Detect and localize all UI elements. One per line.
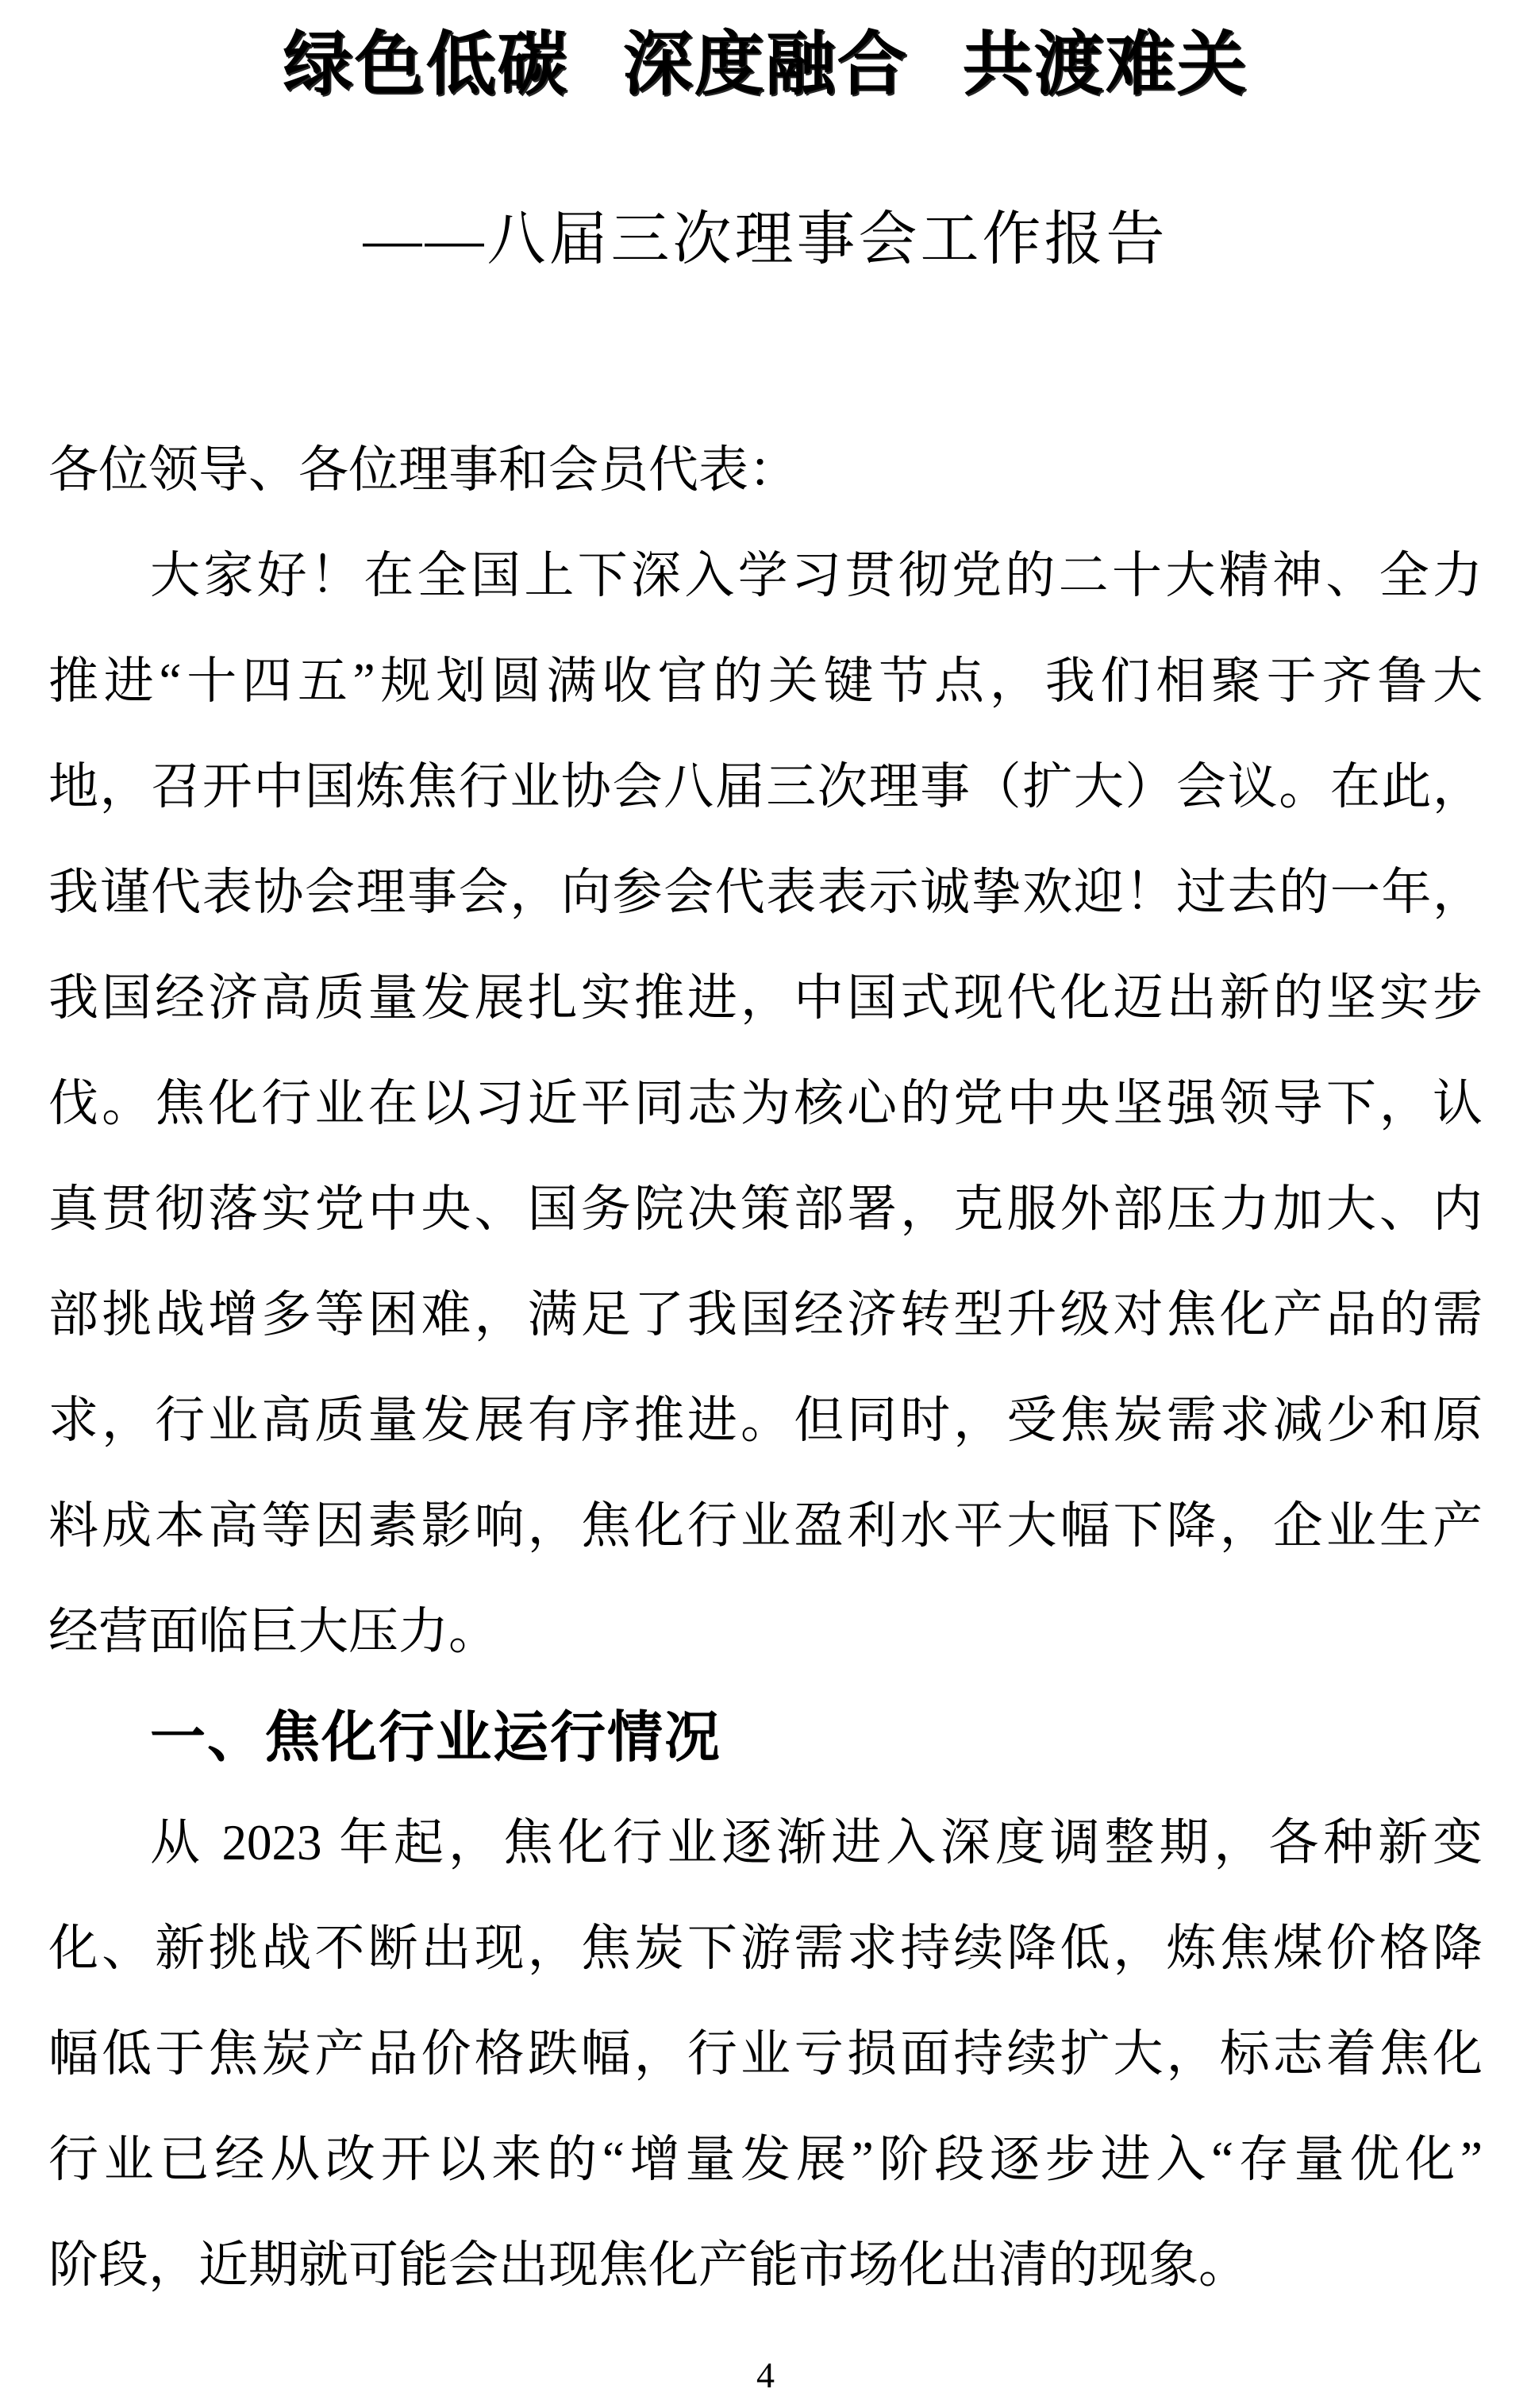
paragraph-line: 从 2023 年起，焦化行业逐渐进入深度调整期，各种新变 — [48, 1790, 1483, 1896]
paragraph-line: 化、新挑战不断出现，焦炭下游需求持续降低，炼焦煤价格降 — [48, 1896, 1483, 2002]
document-subtitle: ——八届三次理事会工作报告 — [0, 197, 1531, 283]
paragraph-line: 地，召开中国炼焦行业协会八届三次理事（扩大）会议。在此， — [48, 734, 1483, 840]
paragraph-line: 求，行业高质量发展有序推进。但同时，受焦炭需求减少和原 — [48, 1368, 1483, 1474]
paragraph-line: 伐。焦化行业在以习近平同志为核心的党中央坚强领导下，认 — [48, 1051, 1483, 1157]
document-body: 各位领导、各位理事和会员代表： 大家好！在全国上下深入学习贯彻党的二十大精神、全… — [48, 418, 1483, 2318]
paragraph-line: 阶段，近期就可能会出现焦化产能市场化出清的现象。 — [48, 2213, 1483, 2318]
paragraph-line: 行业已经从改开以来的“增量发展”阶段逐步进入“存量优化” — [48, 2107, 1483, 2213]
paragraph-line: 幅低于焦炭产品价格跌幅，行业亏损面持续扩大，标志着焦化 — [48, 2002, 1483, 2107]
paragraph-line: 料成本高等因素影响，焦化行业盈利水平大幅下降，企业生产 — [48, 1474, 1483, 1579]
paragraph-line: 推进“十四五”规划圆满收官的关键节点，我们相聚于齐鲁大 — [48, 629, 1483, 734]
page-number: 4 — [0, 2355, 1531, 2396]
salutation: 各位领导、各位理事和会员代表： — [48, 418, 1483, 523]
paragraph-line: 我谨代表协会理事会，向参会代表表示诚挚欢迎！过去的一年， — [48, 840, 1483, 946]
section-heading: 一、焦化行业运行情况 — [48, 1685, 1483, 1790]
document-page: 绿色低碳 深度融合 共渡难关 ——八届三次理事会工作报告 各位领导、各位理事和会… — [0, 0, 1531, 2408]
paragraph-line: 经营面临巨大压力。 — [48, 1579, 1483, 1685]
paragraph-line: 大家好！在全国上下深入学习贯彻党的二十大精神、全力 — [48, 523, 1483, 629]
paragraph-line: 真贯彻落实党中央、国务院决策部署，克服外部压力加大、内 — [48, 1157, 1483, 1262]
paragraph-line: 我国经济高质量发展扎实推进，中国式现代化迈出新的坚实步 — [48, 946, 1483, 1051]
paragraph-line: 部挑战增多等困难，满足了我国经济转型升级对焦化产品的需 — [48, 1262, 1483, 1368]
document-title: 绿色低碳 深度融合 共渡难关 — [0, 19, 1531, 113]
